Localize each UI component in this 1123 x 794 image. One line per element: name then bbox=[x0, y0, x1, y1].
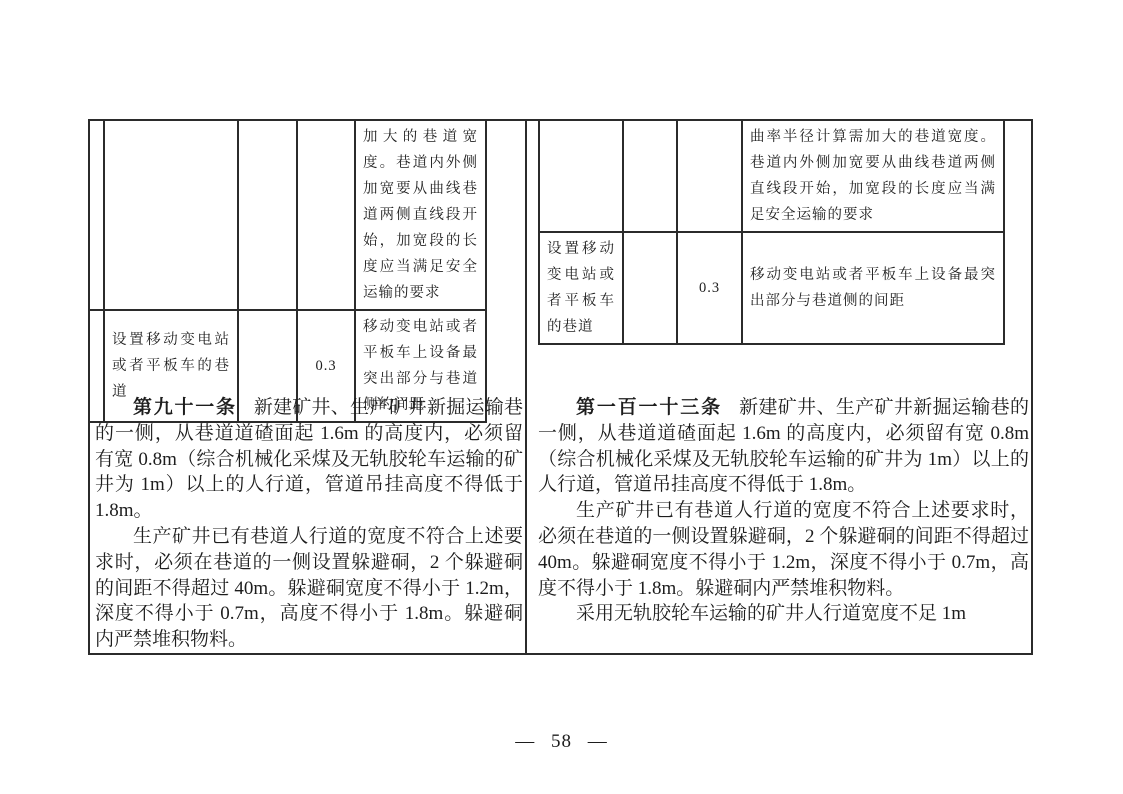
left-article: 第九十一条新建矿井、生产矿井新掘运输巷的一侧，从巷道道碴面起 1.6m 的高度内… bbox=[95, 395, 523, 653]
table-cell-label bbox=[539, 120, 623, 232]
article-paragraph: 第一百一十三条新建矿井、生产矿井新掘运输巷的一侧，从巷道道碴面起 1.6m 的高… bbox=[538, 395, 1029, 498]
table-cell-desc: 曲率半径计算需加大的巷道宽度。巷道内外侧加宽要从曲线巷道两侧直线段开始，加宽段的… bbox=[742, 120, 1004, 232]
article-paragraph: 生产矿井已有巷道人行道的宽度不符合上述要求时，必须在巷道的一侧设置躲避硐，2 个… bbox=[538, 498, 1029, 601]
document-page: 加大的巷道宽度。巷道内外侧加宽要从曲线巷道两侧直线段开始，加宽段的长度应当满足安… bbox=[0, 0, 1123, 794]
table-cell-spec bbox=[238, 120, 297, 310]
column-divider bbox=[525, 119, 527, 655]
table-cell-desc: 移动变电站或者平板车上设备最突出部分与巷道侧的间距 bbox=[742, 232, 1004, 344]
article-paragraph: 生产矿井已有巷道人行道的宽度不符合上述要求时，必须在巷道的一侧设置躲避硐，2 个… bbox=[95, 524, 523, 653]
table-cell-desc: 加大的巷道宽度。巷道内外侧加宽要从曲线巷道两侧直线段开始，加宽段的长度应当满足安… bbox=[355, 120, 486, 310]
article-paragraph: 采用无轨胶轮车运输的矿井人行道宽度不足 1m bbox=[538, 601, 1029, 627]
table-cell-margin bbox=[89, 120, 104, 310]
table-cell-value: 0.3 bbox=[677, 232, 742, 344]
table-cell-value bbox=[677, 120, 742, 232]
table-row: 曲率半径计算需加大的巷道宽度。巷道内外侧加宽要从曲线巷道两侧直线段开始，加宽段的… bbox=[539, 120, 1004, 232]
page-number: — 58 — bbox=[0, 731, 1123, 753]
table-row: 设置移动变电站或者平板车的巷道 0.3 移动变电站或者平板车上设备最突出部分与巷… bbox=[539, 232, 1004, 344]
table-cell-spec bbox=[623, 120, 677, 232]
right-table: 曲率半径计算需加大的巷道宽度。巷道内外侧加宽要从曲线巷道两侧直线段开始，加宽段的… bbox=[538, 119, 1005, 345]
right-article: 第一百一十三条新建矿井、生产矿井新掘运输巷的一侧，从巷道道碴面起 1.6m 的高… bbox=[538, 395, 1029, 627]
table-cell-label bbox=[104, 120, 238, 310]
article-paragraph: 第九十一条新建矿井、生产矿井新掘运输巷的一侧，从巷道道碴面起 1.6m 的高度内… bbox=[95, 395, 523, 524]
table-row: 加大的巷道宽度。巷道内外侧加宽要从曲线巷道两侧直线段开始，加宽段的长度应当满足安… bbox=[89, 120, 486, 310]
table-cell-value bbox=[297, 120, 355, 310]
left-table: 加大的巷道宽度。巷道内外侧加宽要从曲线巷道两侧直线段开始，加宽段的长度应当满足安… bbox=[88, 119, 487, 423]
article-number: 第一百一十三条 bbox=[576, 397, 739, 418]
article-number: 第九十一条 bbox=[133, 397, 254, 418]
table-cell-label: 设置移动变电站或者平板车的巷道 bbox=[539, 232, 623, 344]
table-cell-spec bbox=[623, 232, 677, 344]
